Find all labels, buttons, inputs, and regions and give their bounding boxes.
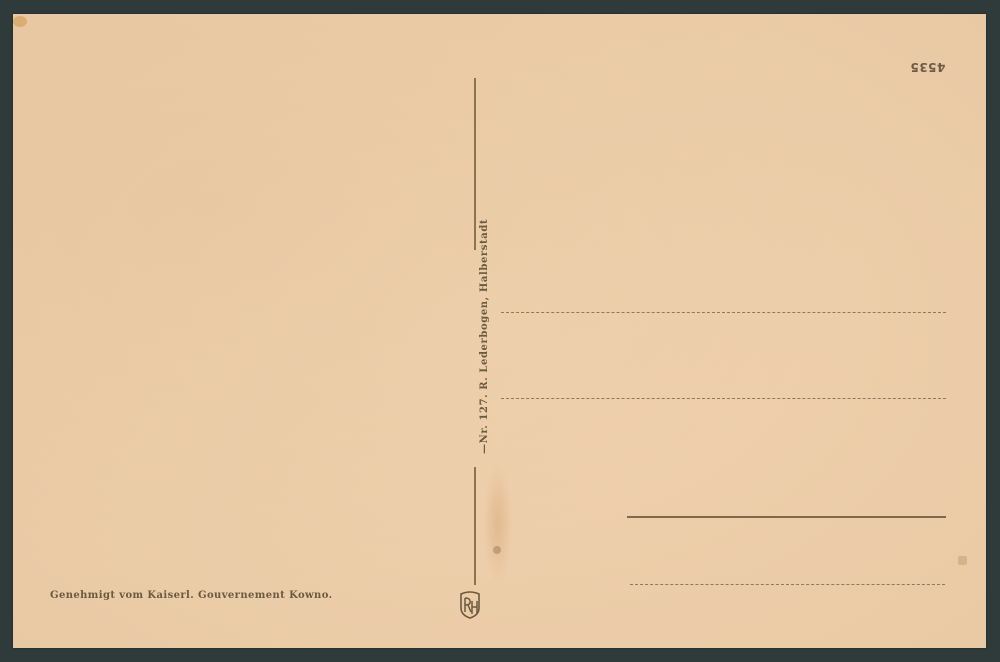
center-divider-top [474,78,476,250]
address-line-3 [627,516,946,518]
postcard-back: 4535 —Nr. 127. R. Lederbogen, Halberstad… [13,14,986,648]
center-divider-bottom [474,467,476,585]
address-line-1 [501,312,946,313]
address-line-4 [630,584,945,585]
spot-stain [493,546,501,554]
publisher-imprint: —Nr. 127. R. Lederbogen, Halberstadt [479,214,490,454]
publisher-logo-icon [457,590,483,620]
center-stain [483,464,513,584]
spot-stain [958,556,967,565]
address-line-2 [501,398,946,399]
approval-caption: Genehmigt vom Kaiserl. Gouvernement Kown… [50,590,332,601]
serial-number: 4535 [910,60,945,74]
corner-stain [13,16,27,27]
publisher-text: Nr. 127. R. Lederbogen, Halberstadt [479,219,490,444]
